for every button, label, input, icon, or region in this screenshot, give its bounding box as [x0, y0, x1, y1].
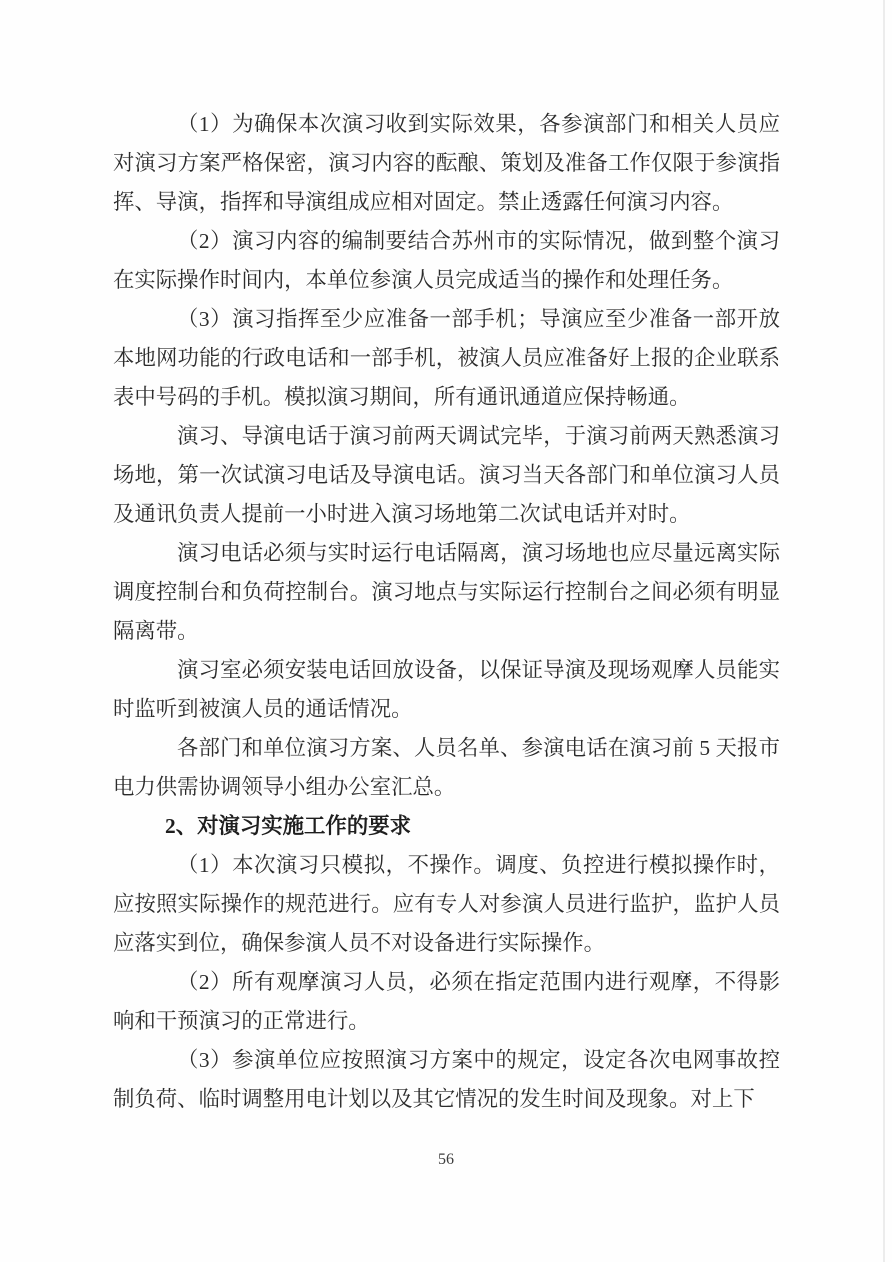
paragraph: （3）参演单位应按照演习方案中的规定，设定各次电网事故控制负荷、临时调整用电计划… — [113, 1041, 780, 1119]
document-page: （1）为确保本次演习收到实际效果，各参演部门和相关人员应对演习方案严格保密，演习… — [0, 0, 892, 1262]
paragraph: 各部门和单位演习方案、人员名单、参演电话在演习前 5 天报市电力供需协调领导小组… — [113, 729, 780, 807]
paragraph: （3）演习指挥至少应准备一部手机；导演应至少准备一部开放本地网功能的行政电话和一… — [113, 300, 780, 417]
paragraph: 演习电话必须与实时运行电话隔离，演习场地也应尽量远离实际调度控制台和负荷控制台。… — [113, 534, 780, 651]
paragraph: 演习室必须安装电话回放设备，以保证导演及现场观摩人员能实时监听到被演人员的通话情… — [113, 651, 780, 729]
page-right-edge — [883, 0, 885, 1262]
document-body: （1）为确保本次演习收到实际效果，各参演部门和相关人员应对演习方案严格保密，演习… — [113, 105, 780, 1119]
paragraph: （1）本次演习只模拟，不操作。调度、负控进行模拟操作时，应按照实际操作的规范进行… — [113, 846, 780, 963]
paragraph: （1）为确保本次演习收到实际效果，各参演部门和相关人员应对演习方案严格保密，演习… — [113, 105, 780, 222]
page-number: 56 — [0, 1148, 892, 1172]
paragraph: 演习、导演电话于演习前两天调试完毕，于演习前两天熟悉演习场地，第一次试演习电话及… — [113, 417, 780, 534]
section-heading: 2、对演习实施工作的要求 — [113, 807, 780, 846]
paragraph: （2）演习内容的编制要结合苏州市的实际情况，做到整个演习在实际操作时间内，本单位… — [113, 222, 780, 300]
paragraph: （2）所有观摩演习人员，必须在指定范围内进行观摩，不得影响和干预演习的正常进行。 — [113, 963, 780, 1041]
